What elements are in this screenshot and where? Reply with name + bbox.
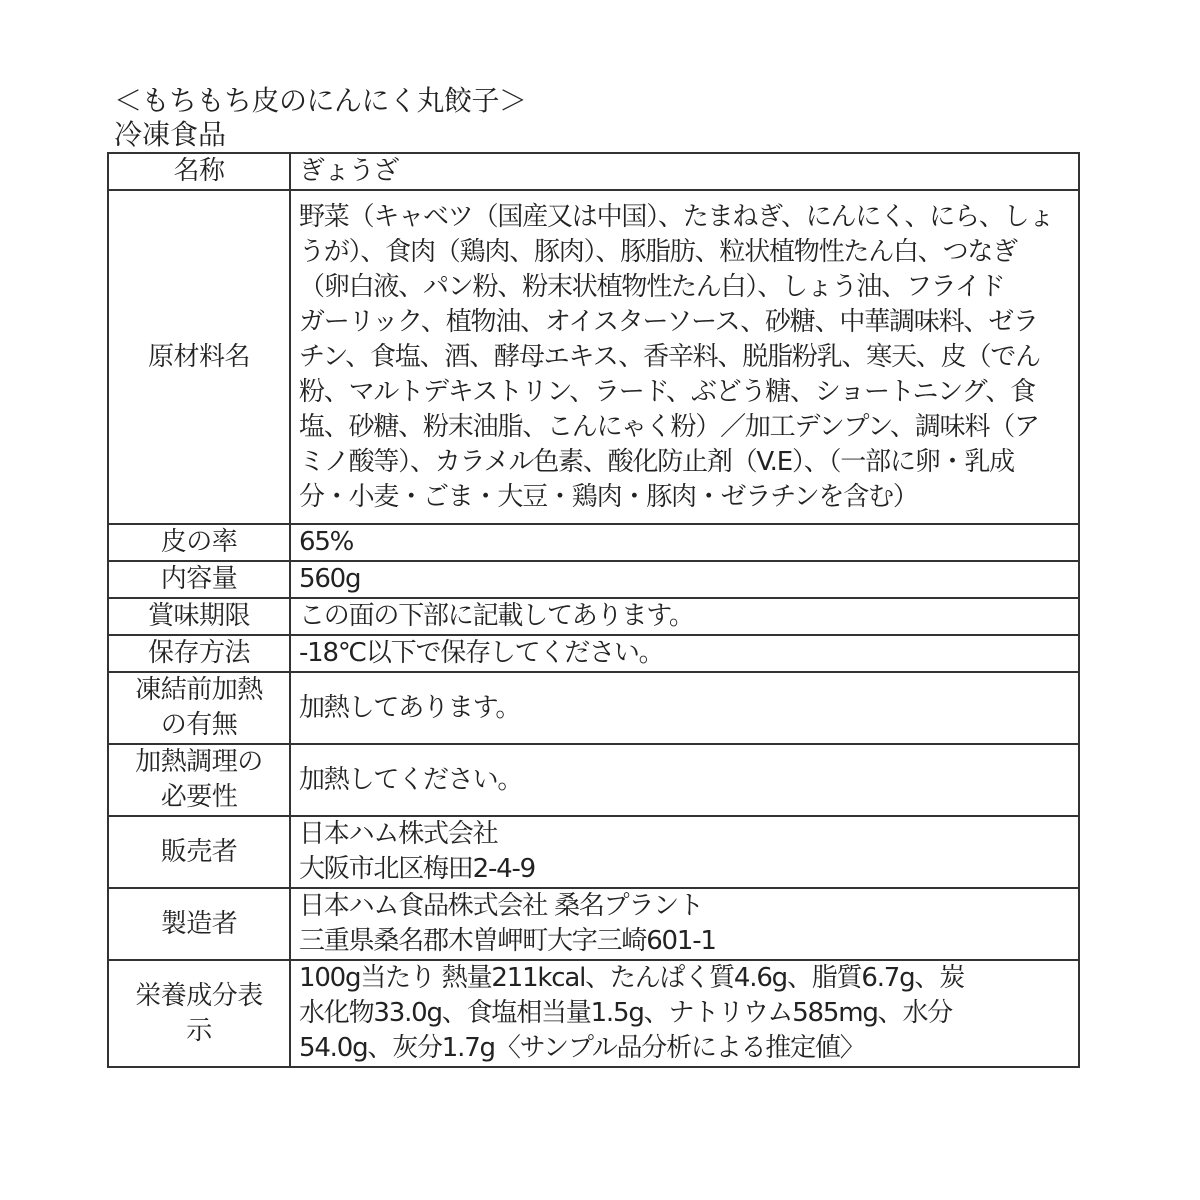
row-label-line: 示 xyxy=(109,1014,289,1049)
table-row-nutrition: 栄養成分表示100g当たり 熱量211kcal、たんぱく質4.6g、脂質6.7g… xyxy=(108,960,1079,1067)
row-value: 日本ハム食品株式会社 桑名プラント三重県桑名郡木曽岬町大字三崎601-1 xyxy=(290,888,1079,960)
row-label: 賞味期限 xyxy=(108,598,290,635)
row-value: 560g xyxy=(290,561,1079,598)
row-value: 日本ハム株式会社大阪市北区梅田2-4-9 xyxy=(290,816,1079,888)
row-value-line: 粉、マルトデキストリン、ラード、ぶどう糖、ショートニング、食 xyxy=(299,375,1072,410)
row-label: 原材料名 xyxy=(108,190,290,524)
row-value-line: うが）、食肉（鶏肉、豚肉）、豚脂肪、粒状植物性たん白、つなぎ xyxy=(299,235,1072,270)
row-value-line: ぎょうざ xyxy=(299,154,1072,189)
row-value: 野菜（キャベツ（国産又は中国）、たまねぎ、にんにく、にら、しょうが）、食肉（鶏肉… xyxy=(290,190,1079,524)
row-label-line: の有無 xyxy=(109,708,289,743)
product-title: ＜もちもち皮のにんにく丸餃子＞ xyxy=(114,84,527,118)
row-value-line: 大阪市北区梅田2-4-9 xyxy=(299,852,1072,887)
row-value-line: -18℃以下で保存してください。 xyxy=(299,636,1072,671)
row-value: -18℃以下で保存してください。 xyxy=(290,635,1079,672)
row-label-line: 栄養成分表 xyxy=(109,979,289,1014)
row-value-line: ガーリック、植物油、オイスターソース、砂糖、中華調味料、ゼラ xyxy=(299,305,1072,340)
row-value-line: 日本ハム食品株式会社 桑名プラント xyxy=(299,889,1072,924)
row-label: 販売者 xyxy=(108,816,290,888)
table-row-manufacturer: 製造者日本ハム食品株式会社 桑名プラント三重県桑名郡木曽岬町大字三崎601-1 xyxy=(108,888,1079,960)
product-category: 冷凍食品 xyxy=(114,118,226,152)
row-label-line: 皮の率 xyxy=(109,525,289,560)
row-label-line: 製造者 xyxy=(109,907,289,942)
row-label-line: 保存方法 xyxy=(109,636,289,671)
food-label-table: 名称ぎょうざ原材料名野菜（キャベツ（国産又は中国）、たまねぎ、にんにく、にら、し… xyxy=(107,152,1080,1068)
row-label: 皮の率 xyxy=(108,524,290,561)
row-label-line: 原材料名 xyxy=(109,340,289,375)
row-value: この面の下部に記載してあります。 xyxy=(290,598,1079,635)
row-value-line: この面の下部に記載してあります。 xyxy=(299,599,1072,634)
table-row-seller: 販売者日本ハム株式会社大阪市北区梅田2-4-9 xyxy=(108,816,1079,888)
row-label-line: 名称 xyxy=(109,154,289,189)
row-value-line: 加熱してあります。 xyxy=(299,691,1072,726)
table-row-net-content: 内容量560g xyxy=(108,561,1079,598)
row-label: 名称 xyxy=(108,153,290,190)
row-label-line: 必要性 xyxy=(109,780,289,815)
row-value: 加熱してあります。 xyxy=(290,672,1079,744)
row-value-line: チン、食塩、酒、酵母エキス、香辛料、脱脂粉乳、寒天、皮（でん xyxy=(299,340,1072,375)
row-label: 栄養成分表示 xyxy=(108,960,290,1067)
table-row-pre-freeze-heating: 凍結前加熱の有無加熱してあります。 xyxy=(108,672,1079,744)
table-row-skin-ratio: 皮の率65% xyxy=(108,524,1079,561)
row-value-line: 54.0g、灰分1.7g〈サンプル品分析による推定値〉 xyxy=(299,1031,1072,1066)
row-label-line: 内容量 xyxy=(109,562,289,597)
row-value-line: 分・小麦・ごま・大豆・鶏肉・豚肉・ゼラチンを含む） xyxy=(299,480,1072,515)
row-value-line: 塩、砂糖、粉末油脂、こんにゃく粉）／加工デンプン、調味料（ア xyxy=(299,410,1072,445)
row-label: 加熱調理の必要性 xyxy=(108,744,290,816)
row-value-line: 日本ハム株式会社 xyxy=(299,817,1072,852)
table-row-name: 名称ぎょうざ xyxy=(108,153,1079,190)
row-label: 製造者 xyxy=(108,888,290,960)
row-label: 保存方法 xyxy=(108,635,290,672)
row-value-line: （卵白液、パン粉、粉末状植物性たん白）、しょう油、フライド xyxy=(299,270,1072,305)
row-value: ぎょうざ xyxy=(290,153,1079,190)
table-row-ingredients: 原材料名野菜（キャベツ（国産又は中国）、たまねぎ、にんにく、にら、しょうが）、食… xyxy=(108,190,1079,524)
row-value-line: 65% xyxy=(299,525,1072,560)
row-label-line: 加熱調理の xyxy=(109,745,289,780)
row-value-line: 水化物33.0g、食塩相当量1.5g、ナトリウム585mg、水分 xyxy=(299,996,1072,1031)
row-value-line: 560g xyxy=(299,562,1072,597)
row-label-line: 凍結前加熱 xyxy=(109,673,289,708)
row-value-line: 加熱してください。 xyxy=(299,763,1072,798)
row-value: 65% xyxy=(290,524,1079,561)
row-label-line: 賞味期限 xyxy=(109,599,289,634)
row-value-line: ミノ酸等）、カラメル色素、酸化防止剤（V.E）、（一部に卵・乳成 xyxy=(299,445,1072,480)
row-label: 内容量 xyxy=(108,561,290,598)
row-value-line: 100g当たり 熱量211kcal、たんぱく質4.6g、脂質6.7g、炭 xyxy=(299,961,1072,996)
row-label: 凍結前加熱の有無 xyxy=(108,672,290,744)
table-row-storage: 保存方法-18℃以下で保存してください。 xyxy=(108,635,1079,672)
row-value-line: 野菜（キャベツ（国産又は中国）、たまねぎ、にんにく、にら、しょ xyxy=(299,200,1072,235)
table-row-cooking-required: 加熱調理の必要性加熱してください。 xyxy=(108,744,1079,816)
row-value: 加熱してください。 xyxy=(290,744,1079,816)
row-value: 100g当たり 熱量211kcal、たんぱく質4.6g、脂質6.7g、炭水化物3… xyxy=(290,960,1079,1067)
row-label-line: 販売者 xyxy=(109,835,289,870)
table-row-best-before: 賞味期限この面の下部に記載してあります。 xyxy=(108,598,1079,635)
row-value-line: 三重県桑名郡木曽岬町大字三崎601-1 xyxy=(299,924,1072,959)
